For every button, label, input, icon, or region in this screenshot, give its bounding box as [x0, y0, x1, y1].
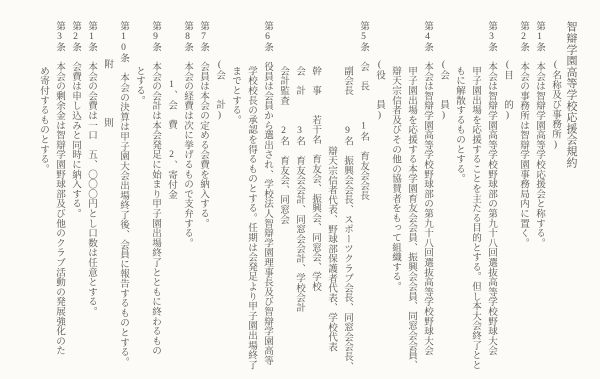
continuation-line: め寄付するものとする。	[35, 21, 51, 373]
continuation-line: 甲子園出場を応援することを主たる目的とする。但し本大会終了とと	[467, 21, 483, 373]
continuation-line: 辯天宗信者及びその他の協賛者をもって組織する。	[387, 21, 403, 373]
article-line: 第8条 本会の経費は次に挙げるもので支弁する。	[179, 21, 195, 373]
section-header-line: (名称及び事務所)	[547, 21, 563, 373]
article-line: 第1条 本会の会費は一口 五、〇〇〇円とし口数は任意とする。	[83, 21, 99, 373]
continuation-line: 甲子園出場を応援する本学園育友会会員、振興会会員、同窓会会員、	[403, 21, 419, 373]
document-title: 智辯学園高等学校応援会規約	[563, 21, 579, 373]
article-line: 第2条 会費は申し込みと同時に納入する。	[67, 21, 83, 373]
article-line: 第9条 本会の会計は本会発足に始まり甲子園出場終了とともに終わるもの	[147, 21, 163, 373]
continuation-line: 幹 事 若干名 育友会、振興会、同窓会、学校	[307, 21, 323, 373]
scanned-document-page: 智辯学園高等学校応援会規約 (名称及び事務所)第1条 本会は智辯学園高等学校応援…	[0, 0, 600, 379]
regulation-document: 智辯学園高等学校応援会規約 (名称及び事務所)第1条 本会は智辯学園高等学校応援…	[0, 0, 600, 379]
article-line: 第10条 本会の決算は甲子園大会出場終了後、会員に報告するものとする。	[115, 21, 131, 373]
continuation-line: 辯天宗信者代表、野球部保護者代表、学校代表	[323, 21, 339, 373]
section-header-line: (会 員)	[435, 21, 451, 373]
continuation-line: までとする。	[227, 21, 243, 373]
continuation-line: とする。	[131, 21, 147, 373]
continuation-line: 学校校長の承認を得るものとする。任期は会発足より甲子園出場終了	[243, 21, 259, 373]
section-header-line: (役 員)	[371, 21, 387, 373]
section-header-line: (会 計)	[211, 21, 227, 373]
continuation-line: もに解散するものとする。	[451, 21, 467, 373]
article-line: 第1条 本会は智辯学園高等学校応援会と称する。	[531, 21, 547, 373]
continuation-line: 副会長 9名 振興会会長、スポーツクラブ会長、同窓会会長、	[339, 21, 355, 373]
article-line: 第2条 本会の事務所は智辯学園事務局内に置く。	[515, 21, 531, 373]
article-line: 第6条 役員は会員から選出され、学校法人智辯学園理事長及び智辯学園高等	[259, 21, 275, 373]
section-header-line: 附 則	[99, 21, 115, 373]
continuation-line: 会計監査 2名 育友会、同窓会	[275, 21, 291, 373]
section-header-line: (目 的)	[499, 21, 515, 373]
article-line: 第3条 本会は智辯学園高等学校野球部の第九十八回選抜高等学校野球大会	[483, 21, 499, 373]
article-line: 第3条 本会の剰余金は智辯学園野球部及び他のクラブ活動の発展強化のた	[51, 21, 67, 373]
continuation-line: 会 計 3名 育友会会計、同窓会会計、学校会計	[291, 21, 307, 373]
sub-item-line: 1、会 費 2、寄付金	[163, 21, 179, 373]
article-line: 第7条 会員は本会の定める会費を納入する。	[195, 21, 211, 373]
article-line: 第4条 本会は智辯学園高等学校野球部の第九十八回選抜高等学校野球大会	[419, 21, 435, 373]
article-line: 第5条 会 長 1名 育友会会長	[355, 21, 371, 373]
